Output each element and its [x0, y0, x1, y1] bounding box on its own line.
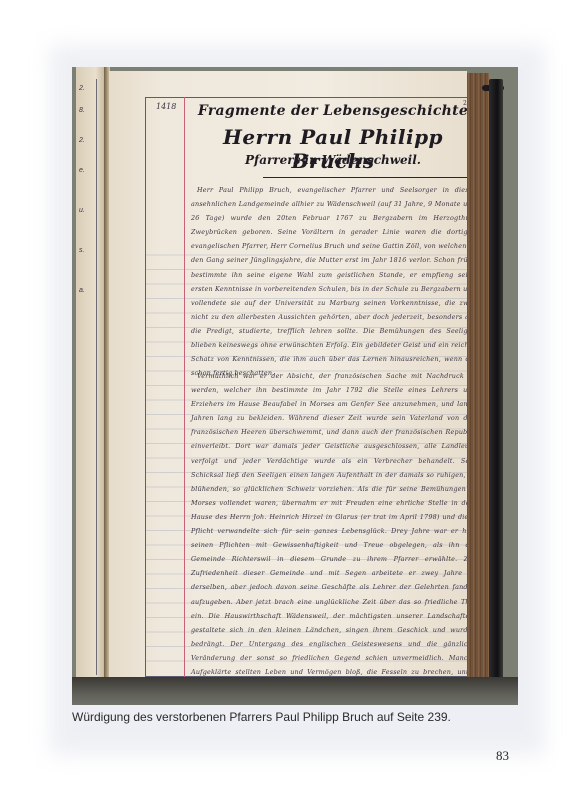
left-page-edge: 2. 8. 2. e. u. s. a. — [76, 67, 105, 679]
left-page-border-line — [96, 79, 97, 675]
figure-caption: Würdigung des verstorbenen Pfarrers Paul… — [72, 710, 451, 724]
book-photo: 2. 8. 2. e. u. s. a. 1418 239. Fragmente… — [72, 67, 518, 705]
page-number: 83 — [496, 748, 509, 764]
left-margin-mark: 2. — [79, 85, 85, 92]
left-margin-mark: u. — [79, 207, 85, 214]
manuscript-page: 1418 239. Fragmente der Lebensgeschichte… — [109, 71, 467, 681]
title-underline — [263, 177, 469, 178]
photo-bottom-shadow — [72, 677, 518, 705]
left-margin-mark: e. — [79, 167, 85, 174]
handwritten-paragraph-2: Vermuthlich war er der Absicht, der fran… — [191, 369, 476, 705]
book-page-edges — [467, 73, 489, 683]
manuscript-title-line-1: Fragmente der Lebensgeschichte — [185, 103, 481, 119]
left-margin-mark: s. — [79, 247, 84, 254]
manuscript-title-line-3: Pfarrers in Wädenschweil. — [185, 153, 481, 167]
handwritten-paragraph-1: Herr Paul Philipp Bruch, evangelischer P… — [191, 183, 476, 380]
red-margin-line — [184, 97, 185, 682]
book-cover-spine — [489, 79, 503, 684]
left-margin-mark: a. — [79, 287, 85, 294]
folio-number-left: 1418 — [156, 102, 176, 111]
left-margin-mark: 2. — [79, 137, 85, 144]
left-margin-mark: 8. — [79, 107, 85, 114]
